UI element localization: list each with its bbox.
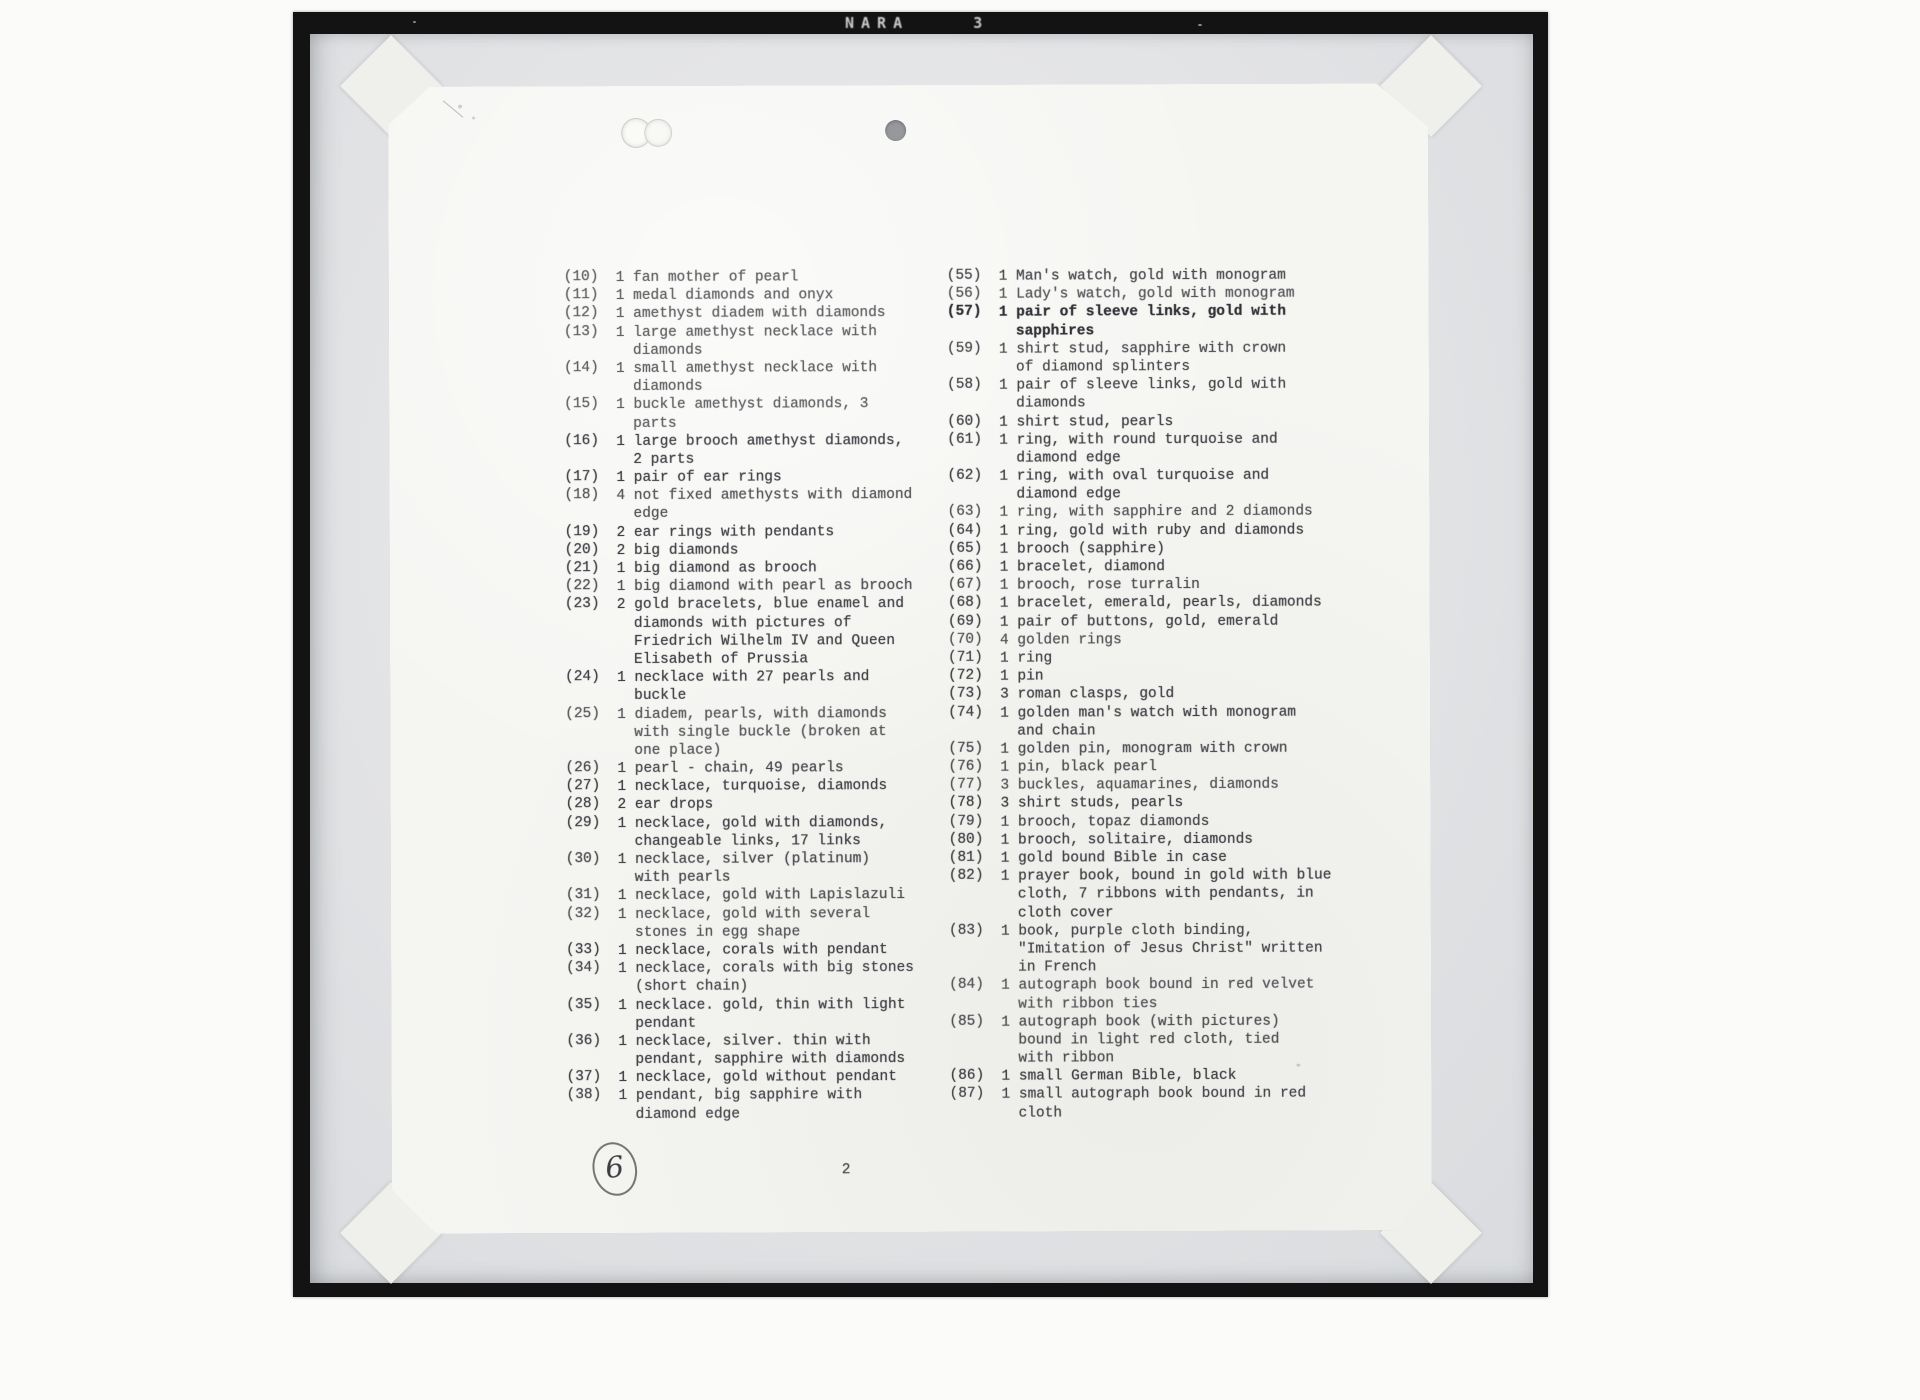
inventory-item: (86)1 small German Bible, black (949, 1067, 1369, 1087)
item-text: 1 pair of sleeve links, gold withdiamond… (999, 376, 1286, 413)
item-number: (78) (948, 795, 1000, 813)
inventory-item: (64)1 ring, gold with ruby and diamonds (948, 521, 1368, 541)
item-text: 1 bracelet, emerald, pearls, diamonds (1000, 594, 1322, 613)
film-area: (10)1 fan mother of pearl(11)1 medal dia… (310, 34, 1533, 1283)
item-number: (29) (566, 815, 618, 852)
item-text: 4 not fixed amethysts with diamondedge (616, 486, 912, 523)
item-text: 1 Lady's watch, gold with monogram (999, 285, 1295, 304)
item-text: 1 brooch, topaz diamonds (1001, 813, 1210, 832)
item-text: 1 buckle amethyst diamonds, 3parts (616, 395, 868, 432)
item-line: 1 large brooch amethyst diamonds, (616, 432, 903, 451)
item-number: (13) (564, 324, 616, 361)
item-line: 1 necklace, gold without pendant (618, 1068, 897, 1087)
item-line: diamonds with pictures of (617, 614, 904, 633)
item-text: 1 amethyst diadem with diamonds (616, 304, 886, 323)
handwritten-page-mark: 6 (587, 1137, 643, 1200)
item-number: (83) (949, 922, 1001, 977)
item-line: 1 pin, black pearl (1000, 758, 1157, 777)
inventory-item: (10)1 fan mother of pearl (564, 268, 934, 287)
inventory-item: (36)1 necklace, silver. thin withpendant… (566, 1032, 936, 1070)
item-text: 1 pin (1000, 668, 1044, 686)
item-number: (59) (947, 340, 999, 377)
item-text: 1 pendant, big sapphire withdiamond edge (618, 1087, 862, 1124)
item-line: 1 necklace, gold with diamonds, (618, 814, 888, 833)
item-text: 1 ring, gold with ruby and diamonds (1000, 521, 1305, 540)
item-line: pendant (618, 1014, 905, 1033)
inventory-item: (67)1 brooch, rose turralin (948, 576, 1368, 596)
inventory-item: (31)1 necklace, gold with Lapislazuli (566, 886, 936, 905)
item-text: 2 gold bracelets, blue enamel anddiamond… (617, 595, 904, 669)
item-line: 1 golden man's watch with monogram (1000, 703, 1296, 722)
item-line: 3 buckles, aquamarines, diamonds (1000, 776, 1279, 795)
item-number: (33) (566, 942, 618, 960)
item-line: with ribbon ties (1001, 994, 1314, 1013)
item-line: 1 brooch, rose turralin (1000, 576, 1200, 595)
inventory-item: (33)1 necklace, corals with pendant (566, 941, 936, 960)
inventory-item: (37)1 necklace, gold without pendant (566, 1068, 936, 1087)
item-number: (16) (564, 433, 616, 470)
item-number: (61) (947, 431, 999, 468)
item-line: with pearls (618, 868, 870, 887)
inventory-item: (14)1 small amethyst necklace withdiamon… (564, 359, 934, 397)
item-line: 1 medal diamonds and onyx (616, 286, 834, 305)
item-number: (11) (564, 287, 616, 305)
punch-hole-icon (885, 120, 906, 141)
inventory-item: (70)4 golden rings (948, 630, 1368, 650)
item-text: 1 necklace, corals with pendant (618, 941, 888, 960)
item-line: with ribbon (1001, 1049, 1280, 1068)
item-text: 2 big diamonds (617, 541, 739, 560)
inventory-item: (83)1 book, purple cloth binding,"Imitat… (949, 921, 1369, 977)
item-line: in French (1001, 958, 1323, 977)
inventory-item: (20)2 big diamonds (565, 541, 935, 560)
item-text: 1 necklace, gold with Lapislazuli (618, 886, 905, 905)
item-text: 1 ring, with sapphire and 2 diamonds (999, 503, 1312, 522)
item-line: 1 pin (1000, 668, 1044, 686)
item-number: (36) (566, 1033, 618, 1070)
inventory-column-left: (10)1 fan mother of pearl(11)1 medal dia… (564, 268, 937, 1124)
inventory-item: (27)1 necklace, turquoise, diamonds (565, 777, 935, 796)
inventory-item: (82)1 prayer book, bound in gold with bl… (949, 867, 1369, 923)
item-text: 3 shirt studs, pearls (1000, 794, 1183, 813)
item-line: 1 necklace. gold, thin with light (618, 996, 905, 1015)
inventory-item: (66)1 bracelet, diamond (948, 557, 1368, 577)
inventory-column-right: (55)1 Man's watch, gold with monogram(56… (947, 266, 1370, 1122)
item-text: 1 book, purple cloth binding,"Imitation … (1001, 921, 1323, 977)
item-line: cloth (1002, 1103, 1307, 1122)
item-text: 1 necklace with 27 pearls andbuckle (617, 668, 869, 705)
item-text: 1 large brooch amethyst diamonds,2 parts (616, 432, 903, 469)
item-text: 1 small amethyst necklace withdiamonds (616, 359, 877, 396)
item-number: (26) (565, 760, 617, 778)
item-line: (short chain) (618, 977, 914, 996)
item-number: (64) (948, 522, 1000, 540)
inventory-item: (22)1 big diamond with pearl as brooch (565, 577, 935, 596)
item-number: (84) (949, 977, 1001, 1014)
inventory-item: (17)1 pair of ear rings (564, 468, 934, 487)
inventory-item: (76)1 pin, black pearl (948, 757, 1368, 777)
item-number: (87) (949, 1086, 1001, 1123)
item-line: 2 big diamonds (617, 541, 739, 560)
item-line: 1 amethyst diadem with diamonds (616, 304, 886, 323)
item-number: (57) (947, 304, 999, 341)
item-text: 1 ring (1000, 649, 1052, 667)
item-line: 1 necklace, gold with Lapislazuli (618, 886, 905, 905)
item-text: 1 fan mother of pearl (616, 268, 799, 287)
item-line: 1 gold bound Bible in case (1001, 849, 1227, 868)
dust-speck (472, 117, 475, 120)
item-line: 1 pair of buttons, gold, emerald (1000, 612, 1279, 631)
item-number: (80) (949, 831, 1001, 849)
item-text: 1 gold bound Bible in case (1001, 849, 1227, 868)
inventory-item: (12)1 amethyst diadem with diamonds (564, 304, 934, 323)
item-line: diamonds (616, 341, 877, 360)
item-line: 1 necklace, turquoise, diamonds (617, 777, 887, 796)
item-number: (22) (565, 578, 617, 596)
item-text: 1 necklace. gold, thin with lightpendant (618, 996, 905, 1033)
item-text: 1 ring, with round turquoise anddiamond … (999, 430, 1278, 467)
item-line: diamonds (999, 394, 1286, 413)
inventory-item: (28)2 ear drops (565, 795, 935, 814)
item-line: 1 small amethyst necklace with (616, 359, 877, 378)
item-line: diamond edge (999, 485, 1269, 504)
inventory-item: (55)1 Man's watch, gold with monogram (947, 266, 1367, 286)
item-line: 3 roman clasps, gold (1000, 685, 1174, 704)
document-paper: (10)1 fan mother of pearl(11)1 medal dia… (388, 83, 1432, 1234)
inventory-item: (80)1 brooch, solitaire, diamonds (949, 830, 1369, 850)
item-text: 1 necklace, silver (platinum)with pearls (618, 850, 870, 887)
item-number: (79) (949, 813, 1001, 831)
item-text: 1 necklace, gold without pendant (618, 1068, 897, 1087)
item-number: (28) (565, 796, 617, 814)
item-number: (37) (566, 1069, 618, 1087)
item-line: 1 bracelet, emerald, pearls, diamonds (1000, 594, 1322, 613)
paper-crease (443, 100, 464, 117)
item-number: (65) (948, 540, 1000, 558)
item-text: 1 big diamond with pearl as brooch (617, 577, 913, 596)
inventory-item: (35)1 necklace. gold, thin with lightpen… (566, 995, 936, 1033)
item-text: 4 golden rings (1000, 631, 1122, 650)
inventory-item: (16)1 large brooch amethyst diamonds,2 p… (564, 432, 934, 470)
item-line: 1 small autograph book bound in red (1001, 1085, 1306, 1104)
item-line: 1 necklace, silver (platinum) (618, 850, 870, 869)
inventory-item: (38)1 pendant, big sapphire withdiamond … (566, 1086, 936, 1124)
item-text: 1 brooch, rose turralin (1000, 576, 1200, 595)
item-line: 1 pair of sleeve links, gold with (999, 376, 1286, 395)
item-number: (32) (566, 906, 618, 943)
item-number: (72) (948, 668, 1000, 686)
item-line: bound in light red cloth, tied (1001, 1031, 1280, 1050)
item-line: "Imitation of Jesus Christ" written (1001, 939, 1323, 958)
item-number: (69) (948, 613, 1000, 631)
item-text: 1 large amethyst necklace withdiamonds (616, 323, 877, 360)
item-line: 1 Lady's watch, gold with monogram (999, 285, 1295, 304)
item-number: (81) (949, 850, 1001, 868)
item-number: (10) (564, 269, 616, 287)
inventory-item: (75)1 golden pin, monogram with crown (948, 739, 1368, 759)
item-number: (12) (564, 305, 616, 323)
item-text: 3 roman clasps, gold (1000, 685, 1174, 704)
item-line: 3 shirt studs, pearls (1000, 794, 1183, 813)
item-line: of diamond splinters (999, 358, 1286, 377)
item-line: 2 parts (616, 450, 903, 469)
item-number: (71) (948, 650, 1000, 668)
inventory-item: (61)1 ring, with round turquoise anddiam… (947, 430, 1367, 468)
item-text: 1 bracelet, diamond (1000, 558, 1165, 577)
item-line: pendant, sapphire with diamonds (618, 1050, 905, 1069)
inventory-item: (65)1 brooch (sapphire) (948, 539, 1368, 559)
item-line: 1 shirt stud, pearls (999, 413, 1173, 432)
item-line: 1 big diamond with pearl as brooch (617, 577, 913, 596)
item-line: 1 pair of ear rings (616, 469, 781, 488)
item-line: 2 gold bracelets, blue enamel and (617, 595, 904, 614)
item-text: 1 pearl - chain, 49 pearls (617, 759, 843, 778)
inventory-item: (23)2 gold bracelets, blue enamel anddia… (565, 595, 935, 669)
item-number: (70) (948, 631, 1000, 649)
film-scratch (413, 21, 416, 23)
inventory-item: (11)1 medal diamonds and onyx (564, 286, 934, 305)
item-line: 1 brooch, topaz diamonds (1001, 813, 1210, 832)
item-number: (56) (947, 286, 999, 304)
item-line: 1 Man's watch, gold with monogram (999, 267, 1286, 286)
item-number: (85) (949, 1013, 1001, 1068)
item-line: 1 fan mother of pearl (616, 268, 799, 287)
inventory-item: (68)1 bracelet, emerald, pearls, diamond… (948, 594, 1368, 614)
item-number: (34) (566, 960, 618, 997)
inventory-item: (29)1 necklace, gold with diamonds,chang… (566, 814, 936, 852)
inventory-item: (25)1 diadem, pearls, with diamondswith … (565, 704, 935, 760)
item-text: 1 necklace, gold with diamonds,changeabl… (618, 814, 888, 851)
item-number: (55) (947, 268, 999, 286)
item-line: buckle (617, 686, 869, 705)
item-line: 1 necklace, corals with pendant (618, 941, 888, 960)
inventory-item: (21)1 big diamond as brooch (565, 559, 935, 578)
inventory-item: (59)1 shirt stud, sapphire with crownof … (947, 339, 1367, 377)
item-text: 1 necklace, silver. thin withpendant, sa… (618, 1032, 905, 1069)
item-line: 1 pendant, big sapphire with (618, 1087, 862, 1106)
inventory-item: (81)1 gold bound Bible in case (949, 848, 1369, 868)
item-number: (35) (566, 997, 618, 1034)
item-number: (27) (565, 778, 617, 796)
item-line: 1 brooch, solitaire, diamonds (1001, 831, 1253, 850)
item-number: (75) (948, 741, 1000, 759)
item-text: 1 golden man's watch with monogramand ch… (1000, 703, 1296, 740)
inventory-item: (34)1 necklace, corals with big stones(s… (566, 959, 936, 997)
item-line: diamonds (616, 377, 877, 396)
item-text: 1 pair of buttons, gold, emerald (1000, 612, 1279, 631)
inventory-item: (24)1 necklace with 27 pearls andbuckle (565, 668, 935, 706)
item-number: (19) (565, 524, 617, 542)
inventory-item: (71)1 ring (948, 648, 1368, 668)
inventory-item: (62)1 ring, with oval turquoise anddiamo… (947, 466, 1367, 504)
item-number: (63) (947, 504, 999, 522)
item-number: (74) (948, 704, 1000, 741)
inventory-item: (60)1 shirt stud, pearls (947, 412, 1367, 432)
item-number: (23) (565, 596, 617, 669)
film-header-label: NARA 3 (845, 13, 989, 33)
item-line: 1 pair of sleeve links, gold with (999, 303, 1286, 322)
item-number: (66) (948, 559, 1000, 577)
item-line: sapphires (999, 321, 1286, 340)
inventory-item: (15)1 buckle amethyst diamonds, 3parts (564, 395, 934, 433)
item-line: 1 ring, with round turquoise and (999, 430, 1278, 449)
item-text: 1 small autograph book bound in redcloth (1001, 1085, 1306, 1122)
item-line: 1 bracelet, diamond (1000, 558, 1165, 577)
scan-frame: NARA 3 (10)1 fan mother of pearl(11)1 me… (293, 12, 1548, 1297)
scan-background: NARA 3 (10)1 fan mother of pearl(11)1 me… (0, 0, 1920, 1400)
item-line: 1 ring (1000, 649, 1052, 667)
item-line: cloth, 7 ribbons with pendants, in (1001, 885, 1332, 904)
inventory-item: (87)1 small autograph book bound in redc… (949, 1085, 1369, 1123)
handwritten-number: 6 (604, 1149, 626, 1185)
item-number: (82) (949, 868, 1001, 923)
item-line: 1 brooch (sapphire) (1000, 540, 1165, 559)
item-line: 1 autograph book bound in red velvet (1001, 976, 1314, 995)
inventory-item: (56)1 Lady's watch, gold with monogram (947, 285, 1367, 305)
item-line: 1 pearl - chain, 49 pearls (617, 759, 843, 778)
item-number: (76) (948, 759, 1000, 777)
item-number: (60) (947, 413, 999, 431)
item-line: one place) (617, 741, 887, 760)
inventory-item: (58)1 pair of sleeve links, gold withdia… (947, 376, 1367, 414)
item-line: Friedrich Wilhelm IV and Queen (617, 632, 904, 651)
item-number: (18) (564, 487, 616, 524)
item-line: 1 ring, with oval turquoise and (999, 467, 1269, 486)
item-text: 1 small German Bible, black (1001, 1067, 1236, 1086)
inventory-item: (77)3 buckles, aquamarines, diamonds (948, 776, 1368, 796)
inventory-item: (63)1 ring, with sapphire and 2 diamonds (947, 503, 1367, 523)
item-number: (67) (948, 577, 1000, 595)
inventory-item: (13)1 large amethyst necklace withdiamon… (564, 322, 934, 360)
item-line: 1 diadem, pearls, with diamonds (617, 705, 887, 724)
item-line: 1 autograph book (with pictures) (1001, 1012, 1280, 1031)
punch-hole-icon (644, 119, 672, 147)
item-line: stones in egg shape (618, 923, 870, 942)
item-text: 1 brooch, solitaire, diamonds (1001, 831, 1253, 850)
inventory-item: (84)1 autograph book bound in red velvet… (949, 976, 1369, 1014)
item-text: 2 ear drops (617, 796, 713, 815)
item-number: (25) (565, 706, 617, 761)
item-line: 1 prayer book, bound in gold with blue (1001, 867, 1332, 886)
item-line: changeable links, 17 links (618, 832, 888, 851)
item-number: (17) (564, 469, 616, 487)
item-number: (38) (566, 1087, 618, 1124)
inventory-item: (26)1 pearl - chain, 49 pearls (565, 759, 935, 778)
inventory-item: (72)1 pin (948, 667, 1368, 687)
item-number: (30) (566, 851, 618, 888)
inventory-item: (73)3 roman clasps, gold (948, 685, 1368, 705)
item-line: 4 not fixed amethysts with diamond (616, 486, 912, 505)
item-line: 1 necklace, silver. thin with (618, 1032, 905, 1051)
item-number: (58) (947, 377, 999, 414)
item-number: (77) (948, 777, 1000, 795)
item-text: 1 necklace, turquoise, diamonds (617, 777, 887, 796)
page-number: 2 (842, 1162, 851, 1178)
item-line: 2 ear drops (617, 796, 713, 815)
item-line: cloth cover (1001, 903, 1332, 922)
item-line: 1 ring, with sapphire and 2 diamonds (999, 503, 1312, 522)
item-line: 1 big diamond as brooch (617, 559, 817, 578)
item-line: edge (616, 504, 912, 523)
item-line: 2 ear rings with pendants (617, 523, 835, 542)
item-number: (14) (564, 360, 616, 397)
item-text: 1 pair of ear rings (616, 469, 781, 488)
item-text: 3 buckles, aquamarines, diamonds (1000, 776, 1279, 795)
item-line: 1 necklace with 27 pearls and (617, 668, 869, 687)
item-line: 4 golden rings (1000, 631, 1122, 650)
item-text: 1 necklace, corals with big stones(short… (618, 959, 914, 996)
item-line: 1 buckle amethyst diamonds, 3 (616, 395, 868, 414)
item-text: 1 pin, black pearl (1000, 758, 1157, 777)
item-text: 1 prayer book, bound in gold with bluecl… (1001, 867, 1332, 923)
item-number: (20) (565, 542, 617, 560)
inventory-item: (19)2 ear rings with pendants (565, 523, 935, 542)
item-text: 1 diadem, pearls, with diamondswith sing… (617, 705, 887, 761)
item-text: 2 ear rings with pendants (617, 523, 835, 542)
inventory-item: (74)1 golden man's watch with monograman… (948, 703, 1368, 741)
item-text: 1 autograph book (with pictures)bound in… (1001, 1012, 1280, 1068)
item-line: 1 ring, gold with ruby and diamonds (1000, 521, 1305, 540)
item-line: Elisabeth of Prussia (617, 650, 904, 669)
inventory-item: (78)3 shirt studs, pearls (948, 794, 1368, 814)
inventory-item: (32)1 necklace, gold with severalstones … (566, 904, 936, 942)
item-line: 1 small German Bible, black (1001, 1067, 1236, 1086)
item-text: 1 autograph book bound in red velvetwith… (1001, 976, 1314, 1013)
inventory-item: (69)1 pair of buttons, gold, emerald (948, 612, 1368, 632)
film-scratch (1198, 24, 1202, 26)
item-line: parts (616, 414, 868, 433)
item-number: (73) (948, 686, 1000, 704)
item-line: diamond edge (619, 1105, 863, 1124)
item-line: 1 golden pin, monogram with crown (1000, 740, 1287, 759)
item-text: 1 big diamond as brooch (617, 559, 817, 578)
item-number: (21) (565, 560, 617, 578)
item-text: 1 medal diamonds and onyx (616, 286, 834, 305)
item-text: 1 Man's watch, gold with monogram (999, 267, 1286, 286)
inventory-item: (30)1 necklace, silver (platinum)with pe… (566, 850, 936, 888)
item-text: 1 pair of sleeve links, gold withsapphir… (999, 303, 1286, 340)
item-number: (24) (565, 669, 617, 706)
dust-speck (458, 105, 462, 109)
item-text: 1 ring, with oval turquoise anddiamond e… (999, 467, 1269, 504)
item-number: (86) (949, 1068, 1001, 1086)
inventory-item: (57)1 pair of sleeve links, gold withsap… (947, 303, 1367, 341)
inventory-item: (85)1 autograph book (with pictures)boun… (949, 1012, 1369, 1068)
item-number: (62) (947, 468, 999, 505)
item-number: (68) (948, 595, 1000, 613)
inventory-item: (79)1 brooch, topaz diamonds (949, 812, 1369, 832)
item-text: 1 necklace, gold with severalstones in e… (618, 905, 870, 942)
item-number: (31) (566, 887, 618, 905)
item-line: 1 book, purple cloth binding, (1001, 921, 1323, 940)
item-text: 1 shirt stud, pearls (999, 413, 1173, 432)
item-text: 1 brooch (sapphire) (1000, 540, 1165, 559)
item-text: 1 shirt stud, sapphire with crownof diam… (999, 339, 1286, 376)
item-line: 1 necklace, gold with several (618, 905, 870, 924)
item-line: 1 large amethyst necklace with (616, 323, 877, 342)
item-line: with single buckle (broken at (617, 723, 887, 742)
inventory-item: (18)4 not fixed amethysts with diamonded… (564, 486, 934, 524)
item-text: 1 golden pin, monogram with crown (1000, 740, 1287, 759)
item-number: (15) (564, 396, 616, 433)
item-line: and chain (1000, 721, 1296, 740)
item-line: 1 necklace, corals with big stones (618, 959, 914, 978)
item-line: diamond edge (999, 449, 1278, 468)
item-line: 1 shirt stud, sapphire with crown (999, 339, 1286, 358)
